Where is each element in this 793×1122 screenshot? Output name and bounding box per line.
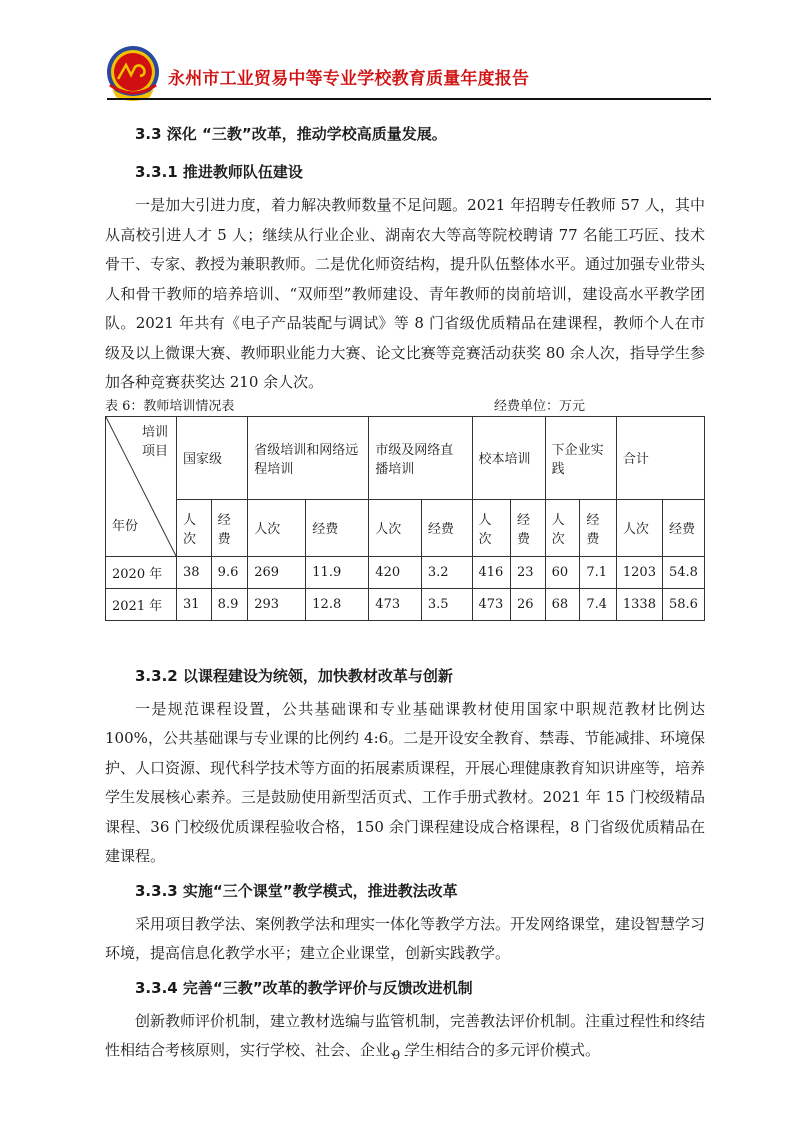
table-caption: 表 6：教师培训情况表 — [105, 398, 234, 416]
table-row: 2020 年 38 9.6 269 11.9 420 3.2 416 23 60… — [106, 556, 705, 588]
spacer — [105, 621, 705, 657]
sub-header: 人次 — [545, 499, 580, 556]
school-logo-icon — [104, 45, 162, 103]
page-number: - 9 - — [0, 1048, 793, 1062]
sub-header: 人次 — [369, 499, 422, 556]
header-divider — [107, 98, 711, 100]
sub-header: 经费 — [662, 499, 704, 556]
group-header: 市级及网络直播培训 — [369, 416, 472, 499]
table-cell: 7.4 — [580, 588, 617, 620]
table-cell: 293 — [248, 588, 306, 620]
section-heading-3-3: 3.3 深化 “三教”改革，推动学校高质量发展。 — [105, 115, 705, 153]
sub-header: 人次 — [616, 499, 662, 556]
table-cell: 60 — [545, 556, 580, 588]
table-cell: 473 — [472, 588, 510, 620]
table-cell: 11.9 — [306, 556, 369, 588]
paragraph-3-3-1: 一是加大引进力度，着力解决教师数量不足问题。2021 年招聘专任教师 57 人，… — [105, 191, 705, 398]
report-title: 永州市工业贸易中等专业学校教育质量年度报告 — [168, 64, 529, 89]
page-header: 永州市工业贸易中等专业学校教育质量年度报告 — [100, 45, 710, 100]
table-cell: 23 — [510, 556, 545, 588]
table-cell: 12.8 — [306, 588, 369, 620]
group-header: 国家级 — [177, 416, 248, 499]
section-heading-3-3-2: 3.3.2 以课程建设为统领，加快教材改革与创新 — [105, 657, 705, 695]
sub-header: 人次 — [177, 499, 212, 556]
sub-header: 经费 — [306, 499, 369, 556]
table-cell: 1338 — [616, 588, 662, 620]
paragraph-3-3-3: 采用项目教学法、案例教学法和理实一体化等教学方法。开发网络课堂，建设智慧学习环境… — [105, 910, 705, 969]
page-content: 3.3 深化 “三教”改革，推动学校高质量发展。 3.3.1 推进教师队伍建设 … — [105, 115, 705, 1066]
table-cell: 26 — [510, 588, 545, 620]
sub-header: 经费 — [580, 499, 617, 556]
table-cell: 473 — [369, 588, 422, 620]
table-unit: 经费单位：万元 — [494, 398, 705, 416]
table-cell: 54.8 — [662, 556, 704, 588]
sub-header: 经费 — [211, 499, 248, 556]
section-heading-3-3-3: 3.3.3 实施“三个课堂”教学模式，推进教法改革 — [105, 872, 705, 910]
year-cell: 2021 年 — [106, 588, 177, 620]
group-header: 下企业实践 — [545, 416, 616, 499]
year-cell: 2020 年 — [106, 556, 177, 588]
table-cell: 68 — [545, 588, 580, 620]
table-corner-cell: 培训项目 年份 — [106, 416, 177, 556]
group-header: 校本培训 — [472, 416, 545, 499]
table-cell: 9.6 — [211, 556, 248, 588]
corner-bottom-label: 年份 — [112, 515, 138, 534]
sub-header: 人次 — [248, 499, 306, 556]
sub-header: 人次 — [472, 499, 510, 556]
table-caption-row: 表 6：教师培训情况表 经费单位：万元 — [105, 398, 705, 416]
sub-header: 经费 — [510, 499, 545, 556]
sub-header: 经费 — [421, 499, 472, 556]
group-header: 合计 — [616, 416, 704, 499]
table-cell: 8.9 — [211, 588, 248, 620]
table-cell: 31 — [177, 588, 212, 620]
table-cell: 7.1 — [580, 556, 617, 588]
table-row: 2021 年 31 8.9 293 12.8 473 3.5 473 26 68… — [106, 588, 705, 620]
table-cell: 420 — [369, 556, 422, 588]
section-heading-3-3-4: 3.3.4 完善“三教”改革的教学评价与反馈改进机制 — [105, 969, 705, 1007]
table-cell: 416 — [472, 556, 510, 588]
table-cell: 38 — [177, 556, 212, 588]
paragraph-3-3-2: 一是规范课程设置，公共基础课和专业基础课教材使用国家中职规范教材比例达 100%… — [105, 695, 705, 872]
corner-top-label: 培训项目 — [142, 423, 168, 461]
table-cell: 58.6 — [662, 588, 704, 620]
table-cell: 269 — [248, 556, 306, 588]
section-heading-3-3-1: 3.3.1 推进教师队伍建设 — [105, 153, 705, 191]
table-cell: 3.2 — [421, 556, 472, 588]
table-cell: 1203 — [616, 556, 662, 588]
table-cell: 3.5 — [421, 588, 472, 620]
teacher-training-table: 培训项目 年份 国家级 省级培训和网络远程培训 市级及网络直播培训 校本培训 下… — [105, 416, 705, 621]
group-header: 省级培训和网络远程培训 — [248, 416, 369, 499]
